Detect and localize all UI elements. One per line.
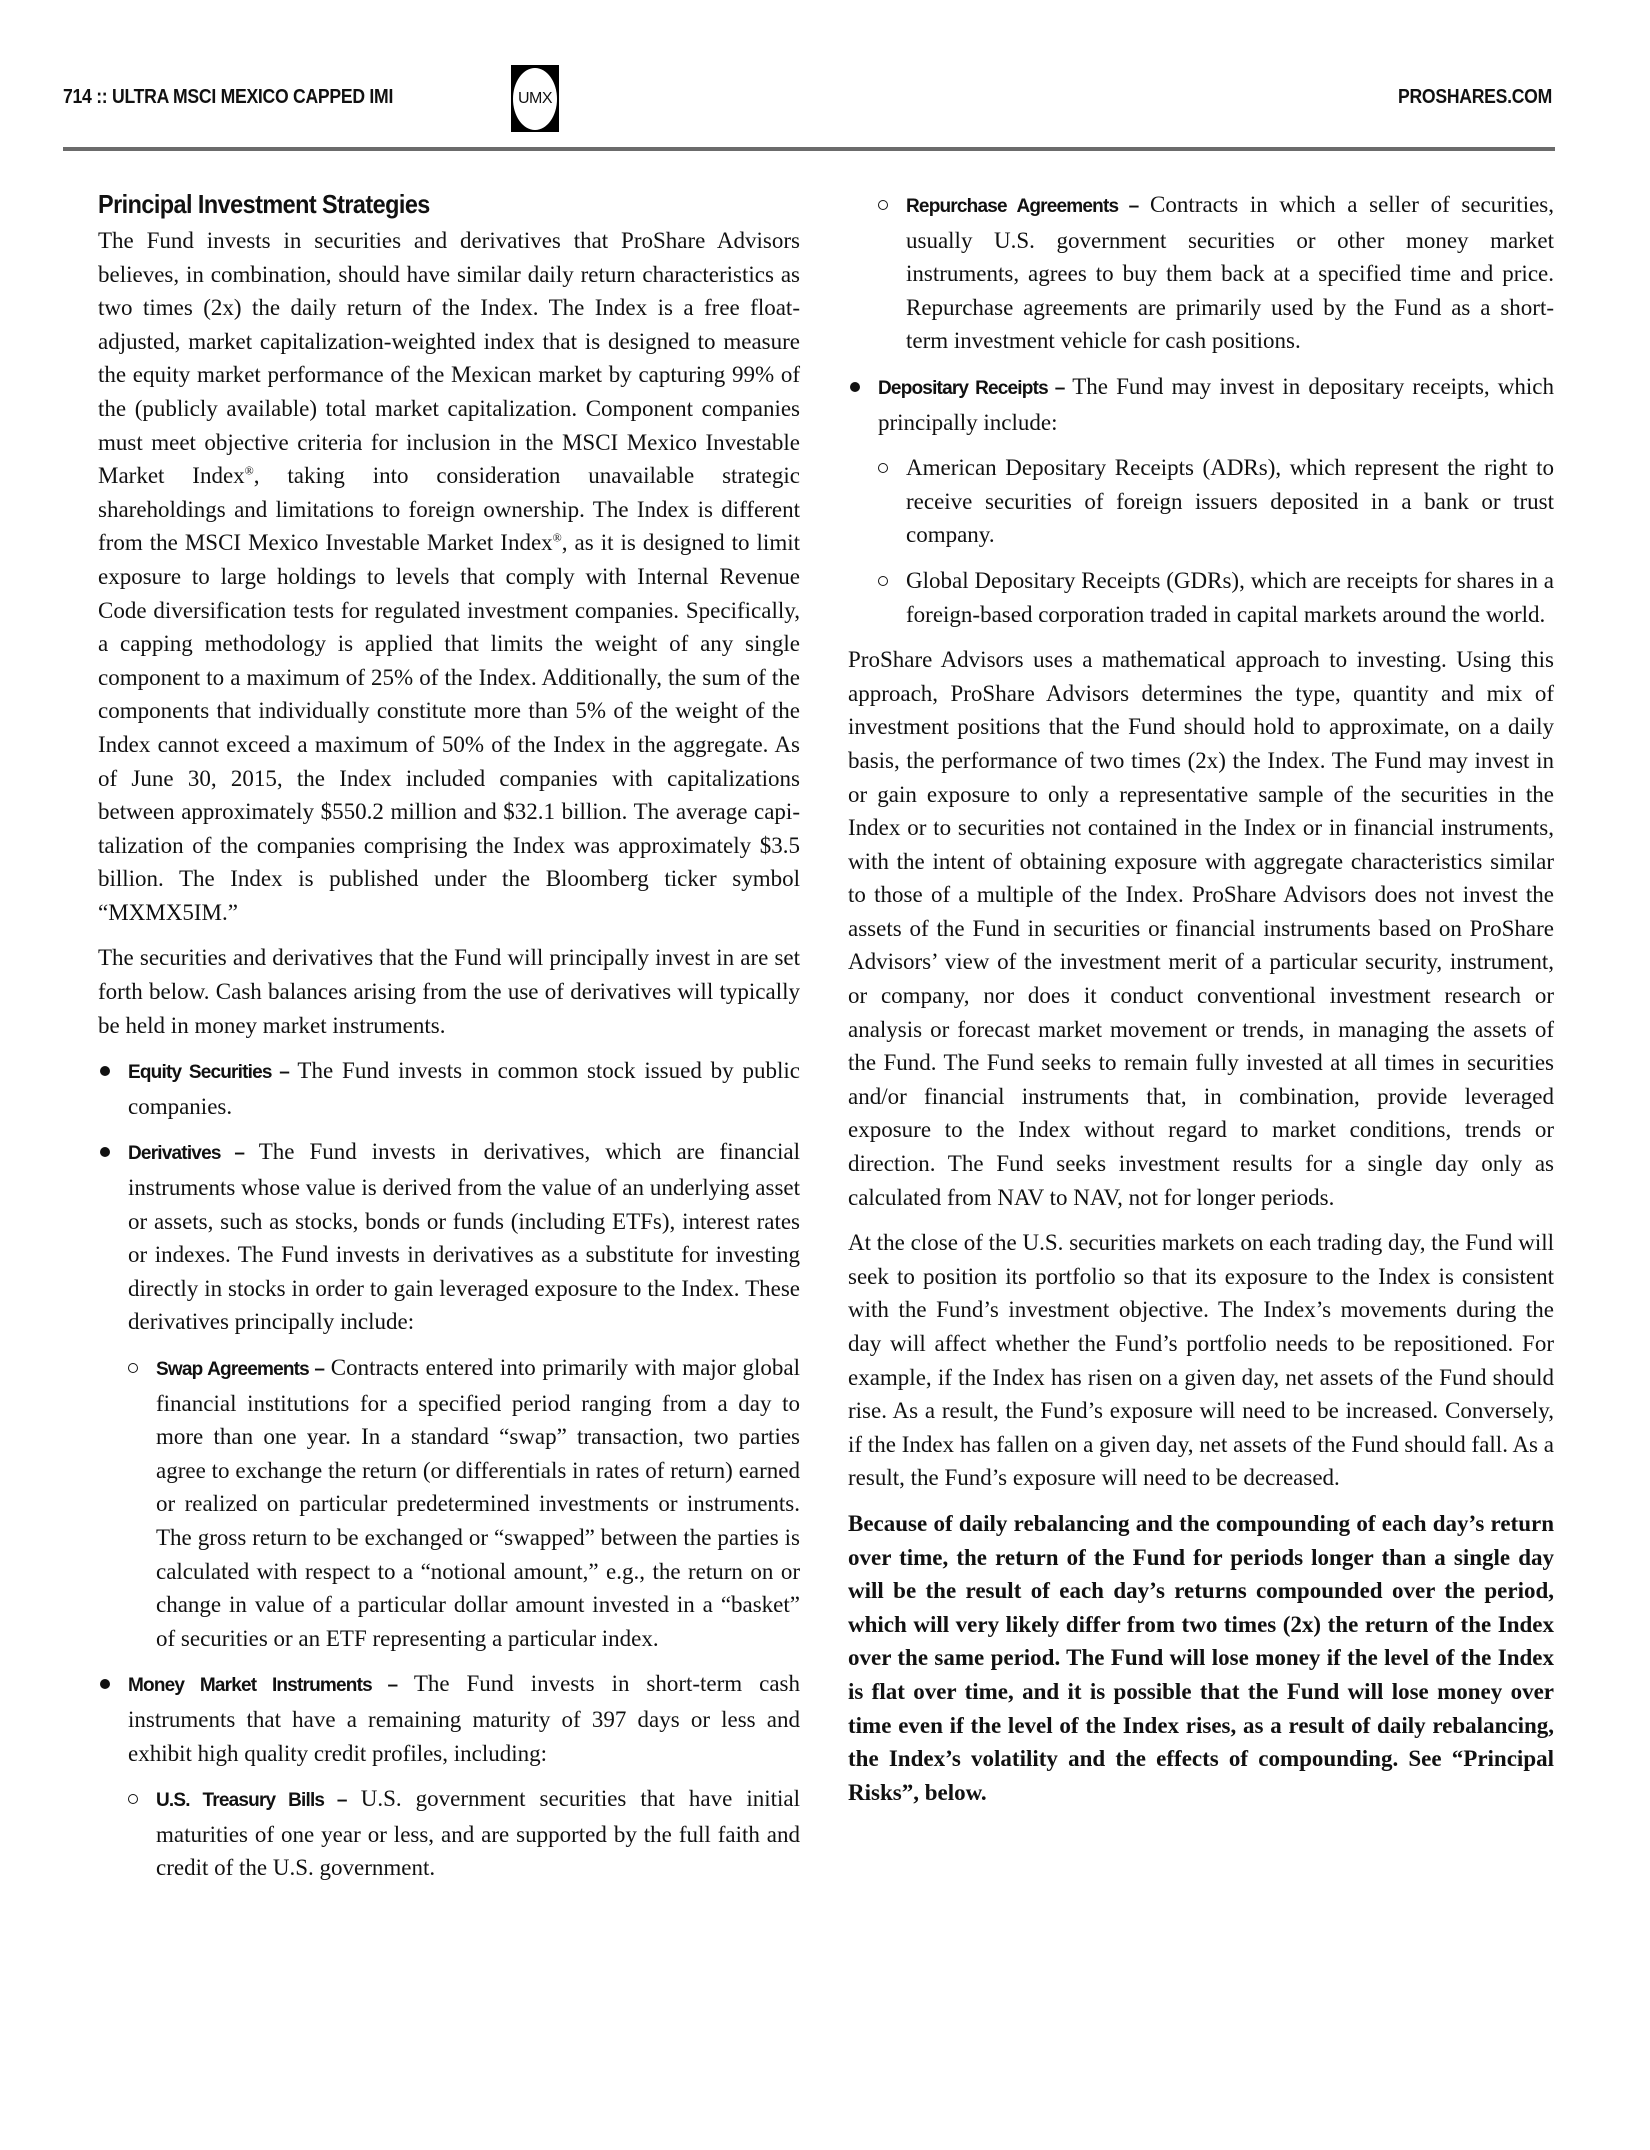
- term-description: The Fund invests in derivatives, which a…: [128, 1139, 800, 1334]
- left-column: Principal Investment Strategies The Fund…: [98, 186, 800, 1897]
- proshares-site-link[interactable]: PROSHARES.COM: [1398, 86, 1552, 109]
- sub-item-swap-agreements: Swap Agreements – Contracts entered into…: [98, 1351, 800, 1655]
- securities-paragraph: The securities and derivatives that the …: [98, 941, 800, 1042]
- bullet-circle-icon: [878, 200, 888, 210]
- bullet-circle-icon: [878, 463, 888, 473]
- list-item-equity-securities: Equity Securities – The Fund invests in …: [98, 1054, 800, 1123]
- mathematical-approach-paragraph: ProShare Advisors uses a mathematical ap…: [848, 643, 1554, 1214]
- sub-item-text: American Depositary Receipts (ADRs), whi…: [906, 455, 1554, 547]
- sub-item-adrs: American Depositary Receipts (ADRs), whi…: [848, 451, 1554, 552]
- term-label: Money Market Instruments –: [128, 1675, 397, 1696]
- list-item-depositary-receipts: Depositary Receipts – The Fund may inves…: [848, 370, 1554, 439]
- bullet-circle-icon: [128, 1794, 138, 1804]
- sub-item-repurchase-agreements: Repurchase Agreements – Contracts in whi…: [848, 188, 1554, 358]
- term-label: Repurchase Agreements –: [906, 196, 1138, 217]
- term-label: U.S. Treasury Bills –: [156, 1790, 347, 1811]
- bullet-dot-icon: [100, 1147, 110, 1157]
- bullet-dot-icon: [100, 1679, 110, 1689]
- strategy-text-part1: The Fund invests in securities and deriv…: [98, 228, 800, 488]
- sub-item-treasury-bills: U.S. Treasury Bills – U.S. government se…: [98, 1782, 800, 1885]
- section-heading: Principal Investment Strategies: [98, 186, 730, 222]
- strategy-paragraph: The Fund invests in securities and deriv…: [98, 224, 800, 929]
- list-item-derivatives: Derivatives – The Fund invests in deriva…: [98, 1135, 800, 1339]
- strategy-text-part3: , as it is designed to limit exposure to…: [98, 530, 800, 925]
- term-label: Derivatives –: [128, 1143, 244, 1164]
- registered-mark: ®: [245, 464, 254, 478]
- market-close-paragraph: At the close of the U.S. securities mark…: [848, 1226, 1554, 1495]
- bullet-circle-icon: [128, 1363, 138, 1373]
- header-divider: [63, 147, 1555, 151]
- bullet-dot-icon: [100, 1066, 110, 1076]
- right-column: Repurchase Agreements – Contracts in whi…: [848, 188, 1554, 1821]
- term-label: Swap Agreements –: [156, 1359, 324, 1380]
- term-label: Depositary Receipts –: [878, 378, 1065, 399]
- sub-item-gdrs: Global Depositary Receipts (GDRs), which…: [848, 564, 1554, 631]
- umx-logo-text: UMX: [513, 68, 557, 130]
- term-description: Contracts entered into primarily with ma…: [156, 1355, 800, 1651]
- compounding-warning-paragraph: Because of daily rebalancing and the com…: [848, 1507, 1554, 1809]
- page-header-title: 714 :: ULTRA MSCI MEXICO CAPPED IMI: [63, 86, 393, 109]
- term-label: Equity Securities –: [128, 1062, 289, 1083]
- bullet-dot-icon: [850, 382, 860, 392]
- umx-ticker-logo: UMX: [511, 65, 559, 132]
- registered-mark: ®: [553, 531, 562, 545]
- bullet-circle-icon: [878, 576, 888, 586]
- sub-item-text: Global Depositary Receipts (GDRs), which…: [906, 568, 1554, 627]
- list-item-money-market: Money Market Instruments – The Fund inve…: [98, 1667, 800, 1770]
